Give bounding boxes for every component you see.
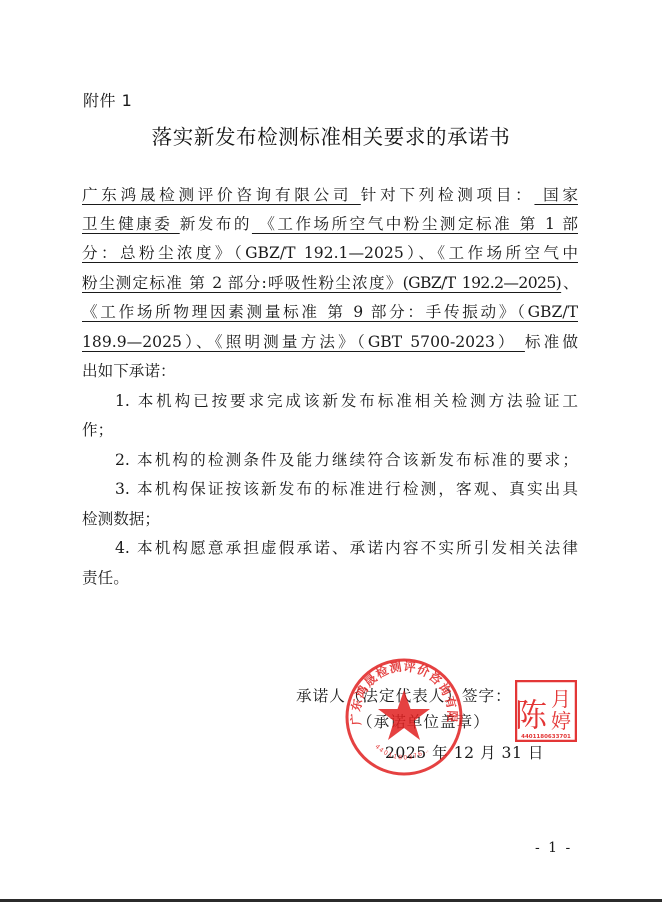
intro-line-6: 189.9—2025）、《照明测量方法》（GBT 5700-2023） 标准做 (82, 330, 578, 354)
commitment-3: 3. 本机构保证按该新发布的标准进行检测，客观、真实出具 (115, 477, 578, 501)
commitment-4: 4. 本机构愿意承担虚假承诺、承诺内容不实所引发相关法律 (115, 536, 578, 560)
standard-3: 《工作场所物理因素测量标准 第 9 部分：手传振动》（GBZ/T (82, 303, 578, 321)
intro-line-2: 卫生健康委 新发布的 《工作场所空气中粉尘测定标准 第 1 部 (82, 212, 578, 236)
name-seal-char-3: 婷 (551, 709, 571, 733)
attachment-label: 附件 1 (83, 88, 132, 111)
issuer-name: 国家 (534, 186, 578, 204)
commitment-1: 1. 本机构已按要求完成该新发布标准相关检测方法验证工 (115, 389, 578, 413)
name-seal-number: 4401180633701 (521, 734, 571, 740)
name-seal-char-1: 陈 (515, 696, 548, 734)
standard-4: 189.9—2025）、《照明测量方法》（GBT 5700-2023） (82, 333, 525, 351)
commitment-1-cont: 作； (82, 418, 578, 442)
company-name: 广东鸿晟检测评价咨询有限公司 (82, 186, 361, 204)
star-icon (378, 690, 430, 740)
commitment-2: 2. 本机构的检测条件及能力继续符合该新发布标准的要求； (115, 448, 578, 472)
intro-line-3: 分：总粉尘浓度》（GBZ/T 192.1—2025）、《工作场所空气中 (82, 241, 578, 265)
intro-line-5: 《工作场所物理因素测量标准 第 9 部分：手传振动》（GBZ/T (82, 300, 578, 324)
intro-line-1: 广东鸿晟检测评价咨询有限公司 针对下列检测项目： 国家 (82, 183, 578, 207)
document-page: 附件 1 落实新发布检测标准相关要求的承诺书 广东鸿晟检测评价咨询有限公司 针对… (0, 0, 662, 896)
intro-line-4: 粉尘测定标准 第 2 部分:呼吸性粉尘浓度》(GBZ/T 192.2—2025)… (82, 271, 578, 295)
page-number: - 1 - (535, 840, 572, 856)
commitment-3-cont: 检测数据； (82, 507, 578, 531)
standard-1: 《工作场所空气中粉尘测定标准 第 1 部 (252, 215, 578, 233)
standard-2: 粉尘测定标准 第 2 部分:呼吸性粉尘浓度》(GBZ/T 192.2—2025) (82, 274, 561, 292)
company-seal-number: 4401180376… (373, 743, 431, 761)
commitment-4-cont: 责任。 (82, 566, 578, 590)
name-seal-stamp: 陈 月 婷 4401180633701 (515, 680, 577, 742)
company-seal-stamp: 广东鸿晟检测评价咨询有限公司 4401180376… (343, 656, 465, 778)
svg-text:4401180376…: 4401180376… (373, 743, 431, 761)
document-title: 落实新发布检测标准相关要求的承诺书 (0, 120, 662, 150)
name-seal-char-2: 月 (551, 687, 571, 711)
intro-line-7: 出如下承诺： (82, 359, 578, 383)
